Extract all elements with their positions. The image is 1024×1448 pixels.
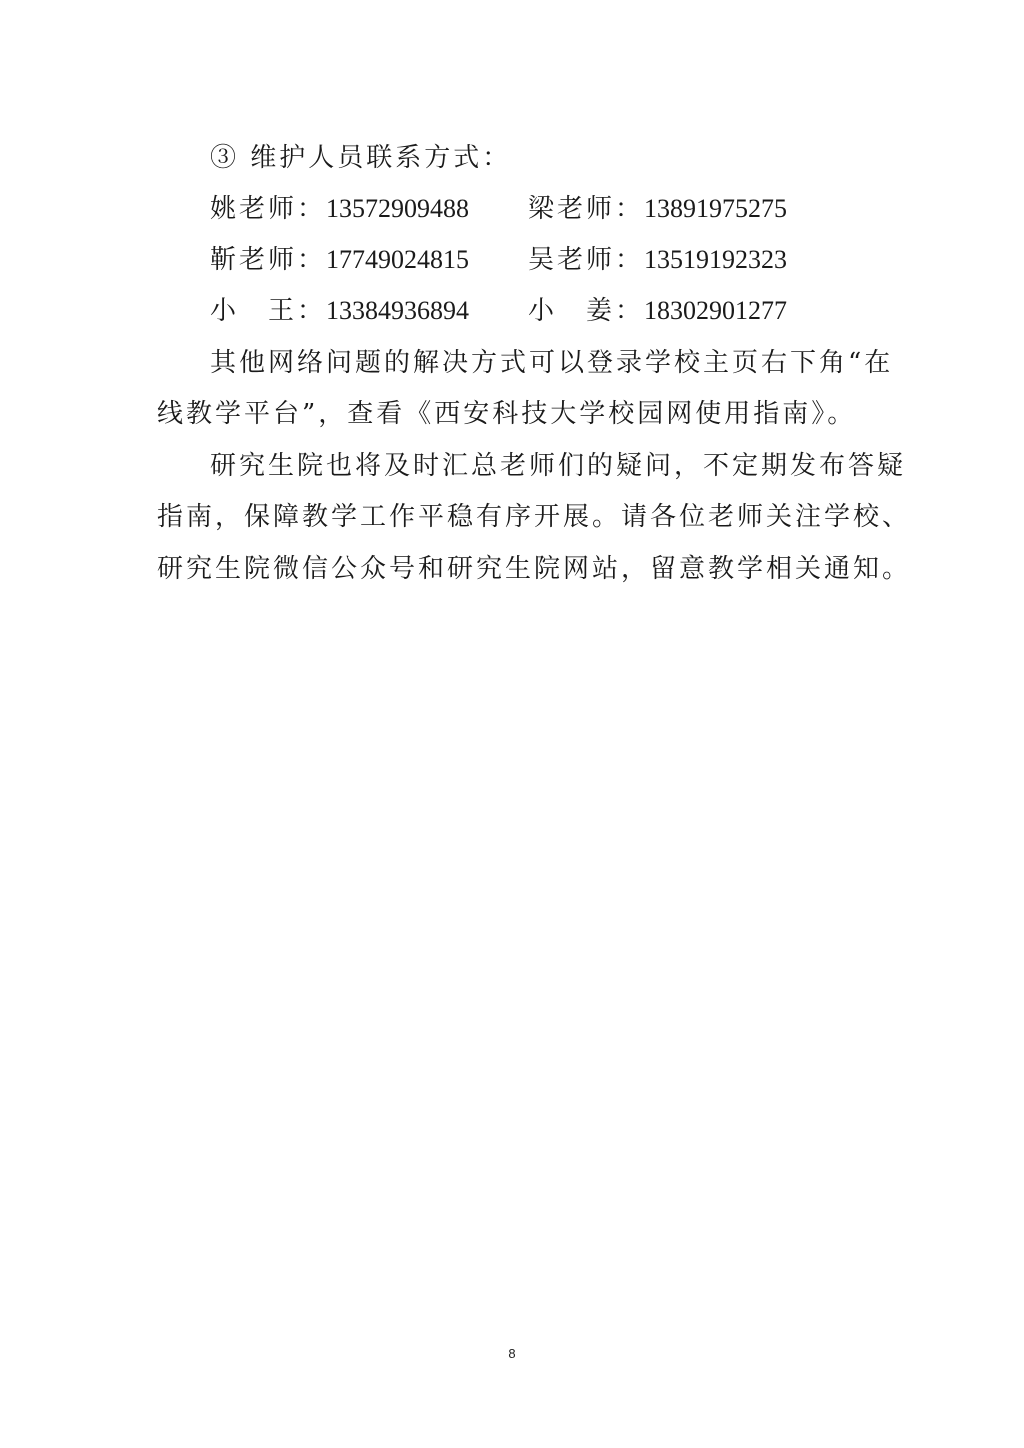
contact-entry: 梁老师：13891975275 <box>528 194 787 224</box>
contact-entry: 靳老师：17749024815 <box>210 245 469 275</box>
contact-entry: 吴老师：13519192323 <box>528 245 787 275</box>
contact-name: 吴老师： <box>528 245 644 275</box>
contact-phone: 13891975275 <box>644 194 787 223</box>
contact-phone: 17749024815 <box>326 245 469 274</box>
document-page: ③ 维护人员联系方式： 姚老师：13572909488 梁老师：13891975… <box>0 0 1024 1448</box>
contact-entry: 小 姜：18302901277 <box>528 296 787 326</box>
contact-entry: 小 王：13384936894 <box>210 296 469 326</box>
contact-phone: 13384936894 <box>326 296 469 325</box>
paragraph-line: 指南，保障教学工作平稳有序开展。请各位老师关注学校、 <box>157 502 911 532</box>
contact-name: 小 姜： <box>528 296 644 326</box>
contact-name: 梁老师： <box>528 194 644 224</box>
paragraph-line: 线教学平台”，查看《西安科技大学校园网使用指南》。 <box>157 399 856 429</box>
contact-name: 姚老师： <box>210 194 326 224</box>
contact-phone: 13519192323 <box>644 245 787 274</box>
section-heading: ③ 维护人员联系方式： <box>210 143 511 173</box>
contact-name: 小 王： <box>210 296 326 326</box>
contact-phone: 13572909488 <box>326 194 469 223</box>
paragraph-line: 其他网络问题的解决方式可以登录学校主页右下角“在 <box>210 348 893 378</box>
page-number: 8 <box>0 1346 1024 1361</box>
contact-entry: 姚老师：13572909488 <box>210 194 469 224</box>
contact-phone: 18302901277 <box>644 296 787 325</box>
paragraph-line: 研究生院微信公众号和研究生院网站，留意教学相关通知。 <box>157 554 911 584</box>
contact-name: 靳老师： <box>210 245 326 275</box>
paragraph-line: 研究生院也将及时汇总老师们的疑问，不定期发布答疑 <box>210 451 906 481</box>
